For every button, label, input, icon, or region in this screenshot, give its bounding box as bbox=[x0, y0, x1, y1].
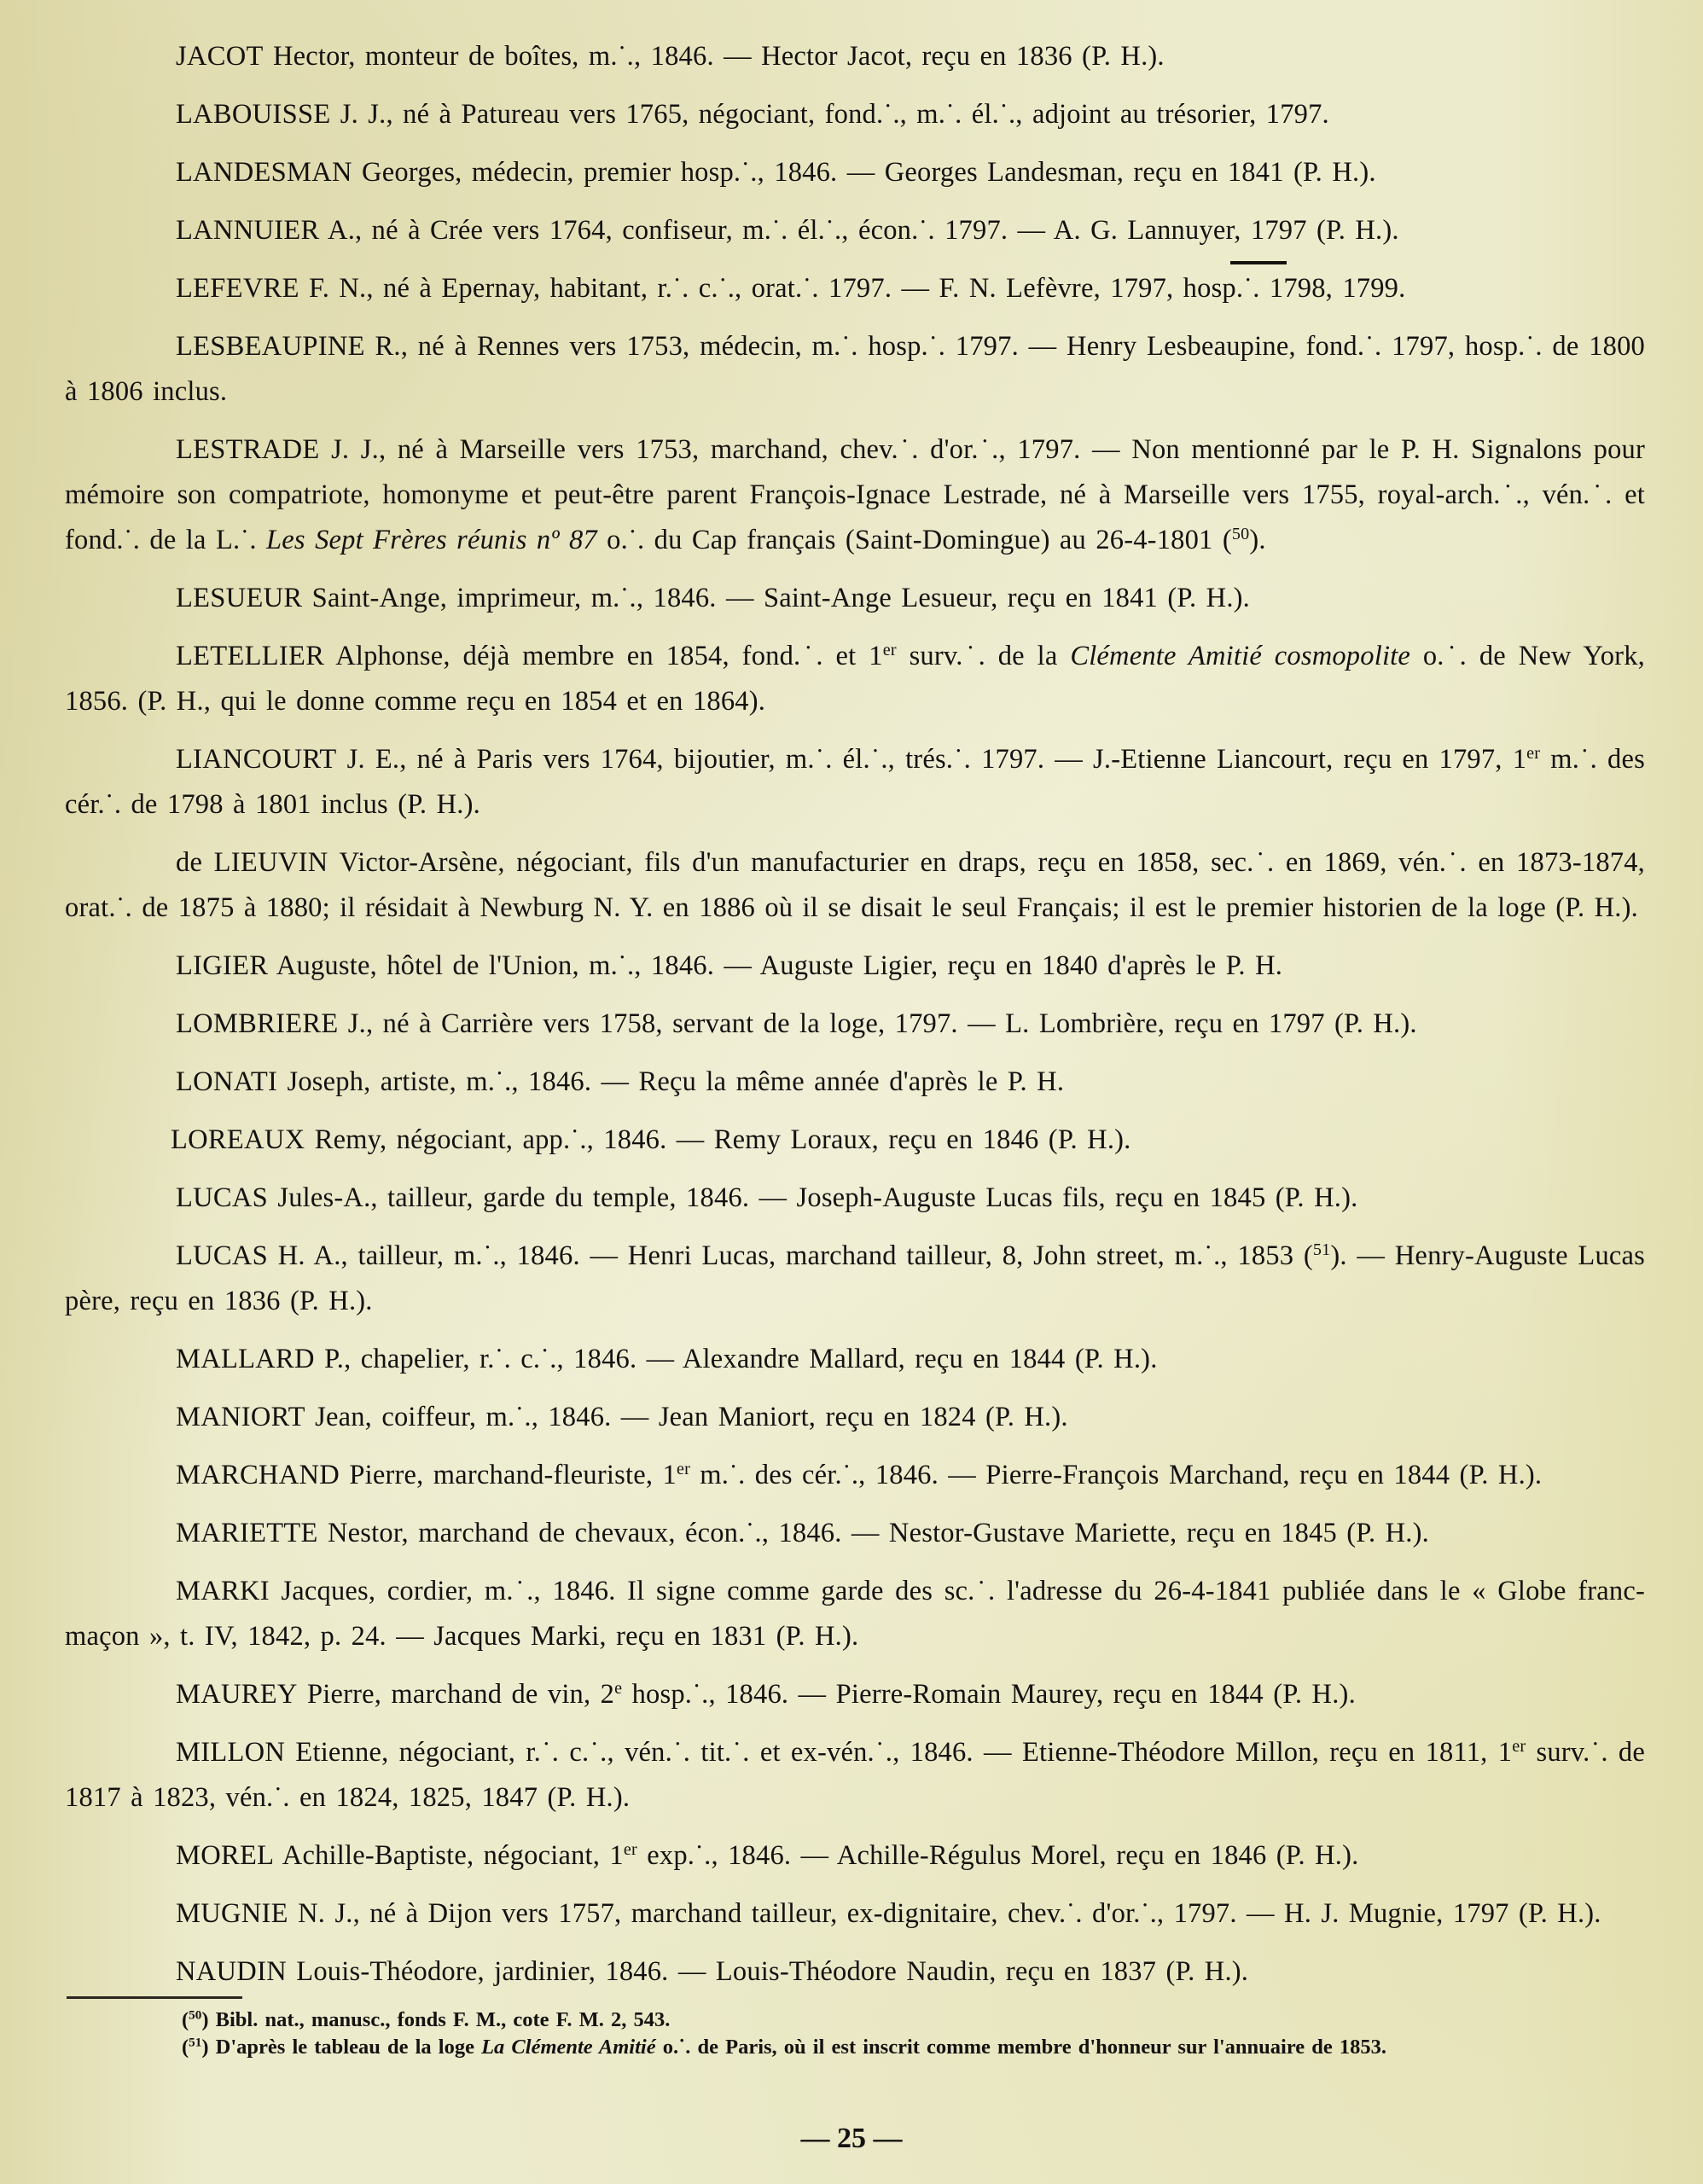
entry-name: NAUDIN bbox=[176, 1956, 287, 1987]
entry-name: LESBEAUPINE bbox=[176, 331, 365, 362]
entry-name: MARIETTE bbox=[176, 1518, 318, 1548]
entry-name: LESUEUR bbox=[176, 583, 302, 613]
footnote-ref[interactable]: 50 bbox=[1232, 525, 1250, 543]
lodge-name: Les Sept Frères réunis nº 87 bbox=[266, 525, 597, 555]
entry-name: LUCAS bbox=[176, 1182, 268, 1213]
entry-lefevre: LEFEVRE F. N., né à Epernay, habitant, r… bbox=[65, 266, 1645, 311]
footnote-51: (51) D'après le tableau de la loge La Cl… bbox=[65, 2034, 1645, 2061]
entry-name: LIGIER bbox=[176, 950, 268, 981]
entry-name: LONATI bbox=[176, 1066, 277, 1097]
entry-letellier: LETELLIER Alphonse, déjà membre en 1854,… bbox=[65, 634, 1645, 724]
page-number: — 25 — bbox=[0, 2123, 1703, 2155]
entry-name: LANDESMAN bbox=[176, 157, 352, 188]
entry-name: MILLON bbox=[176, 1737, 285, 1768]
footnotes: (50) Bibl. nat., manusc., fonds F. M., c… bbox=[65, 2007, 1645, 2061]
entry-jacot: JACOT Hector, monteur de boîtes, m.˙., 1… bbox=[65, 34, 1645, 79]
entry-liancourt: LIANCOURT J. E., né à Paris vers 1764, b… bbox=[65, 737, 1645, 828]
entry-mugnie: MUGNIE N. J., né à Dijon vers 1757, marc… bbox=[65, 1891, 1645, 1937]
lodge-name: La Clémente Amitié bbox=[481, 2036, 656, 2059]
entry-lannuier: LANNUIER A., né à Crée vers 1764, confis… bbox=[65, 208, 1645, 253]
entry-name: MANIORT bbox=[176, 1402, 305, 1432]
entry-name: LESTRADE bbox=[176, 434, 320, 465]
entry-lesueur: LESUEUR Saint-Ange, imprimeur, m.˙., 184… bbox=[65, 576, 1645, 621]
entry-name: MARCHAND bbox=[176, 1460, 340, 1490]
entry-loreaux: LOREAUX Remy, négociant, app.˙., 1846. —… bbox=[65, 1118, 1645, 1163]
entry-name: MUGNIE bbox=[176, 1898, 288, 1929]
footnote-50: (50) Bibl. nat., manusc., fonds F. M., c… bbox=[65, 2007, 1645, 2034]
entry-name: LOMBRIERE bbox=[176, 1008, 338, 1039]
entry-name: LEFEVRE bbox=[176, 273, 299, 304]
entry-labouisse: LABOUISSE J. J., né à Patureau vers 1765… bbox=[65, 92, 1645, 137]
entry-maurey: MAUREY Pierre, marchand de vin, 2e hosp.… bbox=[65, 1672, 1645, 1717]
entry-lieuvin: de LIEUVIN Victor-Arsène, négociant, fil… bbox=[65, 840, 1645, 931]
footnote-separator bbox=[67, 1996, 242, 1999]
entry-name: MALLARD bbox=[176, 1344, 315, 1374]
separator-rule bbox=[1230, 261, 1287, 264]
entry-name: JACOT bbox=[176, 41, 264, 72]
entry-mallard: MALLARD P., chapelier, r.˙. c.˙., 1846. … bbox=[65, 1337, 1645, 1382]
entry-name: MAUREY bbox=[176, 1679, 298, 1710]
entry-lesbeaupine: LESBEAUPINE R., né à Rennes vers 1753, m… bbox=[65, 324, 1645, 415]
entry-naudin: NAUDIN Louis-Théodore, jardinier, 1846. … bbox=[65, 1949, 1645, 1995]
entry-name: LIANCOURT bbox=[176, 744, 337, 775]
entry-morel: MOREL Achille-Baptiste, négociant, 1er e… bbox=[65, 1833, 1645, 1879]
entry-name: MARKI bbox=[176, 1576, 270, 1606]
entry-mariette: MARIETTE Nestor, marchand de chevaux, éc… bbox=[65, 1511, 1645, 1556]
footnote-ref[interactable]: 51 bbox=[1313, 1240, 1331, 1259]
entry-lombriere: LOMBRIERE J., né à Carrière vers 1758, s… bbox=[65, 1002, 1645, 1047]
entry-lucas-henri: LUCAS H. A., tailleur, m.˙., 1846. — Hen… bbox=[65, 1234, 1645, 1324]
entry-landesman: LANDESMAN Georges, médecin, premier hosp… bbox=[65, 150, 1645, 195]
lodge-name: Clémente Amitié cosmopolite bbox=[1070, 641, 1410, 671]
entry-maniort: MANIORT Jean, coiffeur, m.˙., 1846. — Je… bbox=[65, 1395, 1645, 1440]
entry-name: LETELLIER bbox=[176, 641, 324, 671]
entry-name: LANNUIER bbox=[176, 215, 320, 246]
entry-ligier: LIGIER Auguste, hôtel de l'Union, m.˙., … bbox=[65, 944, 1645, 989]
entry-name: MOREL bbox=[176, 1840, 274, 1871]
entry-lonati: LONATI Joseph, artiste, m.˙., 1846. — Re… bbox=[65, 1060, 1645, 1105]
entry-name: LOREAUX bbox=[171, 1124, 305, 1155]
entry-lestrade: LESTRADE J. J., né à Marseille vers 1753… bbox=[65, 427, 1645, 563]
entry-lucas-jules: LUCAS Jules-A., tailleur, garde du templ… bbox=[65, 1176, 1645, 1221]
entry-name: LIEUVIN bbox=[214, 847, 328, 878]
entry-millon: MILLON Etienne, négociant, r.˙. c.˙., vé… bbox=[65, 1730, 1645, 1821]
entry-name: LABOUISSE bbox=[176, 99, 330, 130]
entry-marchand: MARCHAND Pierre, marchand-fleuriste, 1er… bbox=[65, 1453, 1645, 1498]
entry-marki: MARKI Jacques, cordier, m.˙., 1846. Il s… bbox=[65, 1569, 1645, 1659]
page-body: JACOT Hector, monteur de boîtes, m.˙., 1… bbox=[65, 34, 1645, 2007]
entry-name: LUCAS bbox=[176, 1240, 268, 1271]
